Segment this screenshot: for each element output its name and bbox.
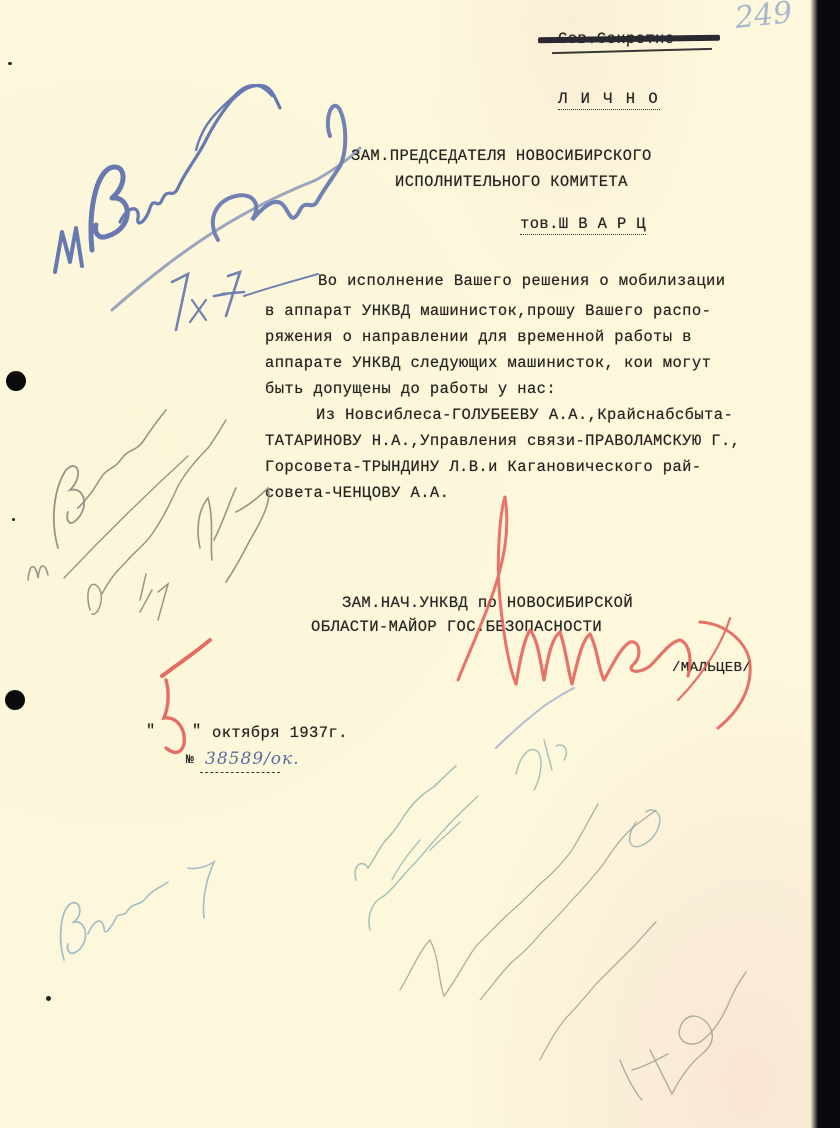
annotation-pencil-resolution [28,410,269,620]
handwriting-layer [0,0,814,1128]
addressee-line-2: ИСПОЛНИТЕЛЬНОГО КОМИТЕТА [395,173,628,191]
punch-hole-bottom [5,690,25,710]
body-line: Из Новсиблеса-ГОЛУБЕЕВУ А.А.,Крайснабсбы… [316,406,733,424]
annotation-green-notes [355,688,660,930]
personal-mark: Л И Ч Н О [558,90,660,110]
body-line: Во исполнение Вашего решения о мобилизац… [318,272,725,290]
date-close-quote: " [192,722,202,740]
strikethrough-underline [552,48,712,54]
body-line: ряжения о направлении для временной рабо… [265,328,692,346]
addressee-name: тов.Ш В А Р Ц [520,215,646,235]
annotation-blue-date [172,272,318,330]
addressee-line-1: ЗАМ.ПРЕДСЕДАТЕЛЯ НОВОСИБИРСКОГО [351,147,652,165]
date-open-quote: " [146,722,156,740]
scan-border [810,0,818,1128]
body-line: в аппарат УНКВД машинисток,прошу Вашего … [265,302,711,320]
signatory-title-1: ЗАМ.НАЧ.УНКВД по НОВОСИБИРСКОЙ [342,594,633,612]
punch-hole-top [6,371,26,391]
signatory-name: /МАЛЬЦЕВ/ [672,660,751,676]
date-month-year: октября 1937г. [212,724,348,742]
annotation-red-signature [458,497,750,728]
annotation-pencil-notes [400,804,746,1100]
speck [8,62,12,65]
annotation-blue-resolution [55,85,280,272]
speck [46,996,51,1001]
signatory-title-2: ОБЛАСТИ-МАЙОР ГОС.БЕЗОПАСНОСТИ [311,618,602,636]
annotation-filing-note [61,862,214,960]
body-line: совета-ЧЕНЦОВУ А.А. [265,484,449,502]
body-line: Горсовета-ТРЫНДИНУ Л.В.и Кагановического… [265,458,702,476]
registration-label: № [186,752,194,767]
body-line: аппарате УНКВД следующих машинисток, кои… [265,354,711,372]
speck [12,518,15,521]
document-page: 249 Сов.Секретно Л И Ч Н О ЗАМ.ПРЕДСЕДАТ… [0,0,814,1128]
registration-underline [200,772,280,773]
annotation-red-day [162,640,210,752]
strikethrough-bar [538,35,720,44]
body-line: ТАТАРИНОВУ Н.А.,Управления связи-ПРАВОЛА… [265,432,740,450]
registration-number: 38589/ок. [205,749,300,769]
body-line: быть допущены до работы у нас: [265,380,556,398]
archive-page-number: 249 [733,0,794,36]
